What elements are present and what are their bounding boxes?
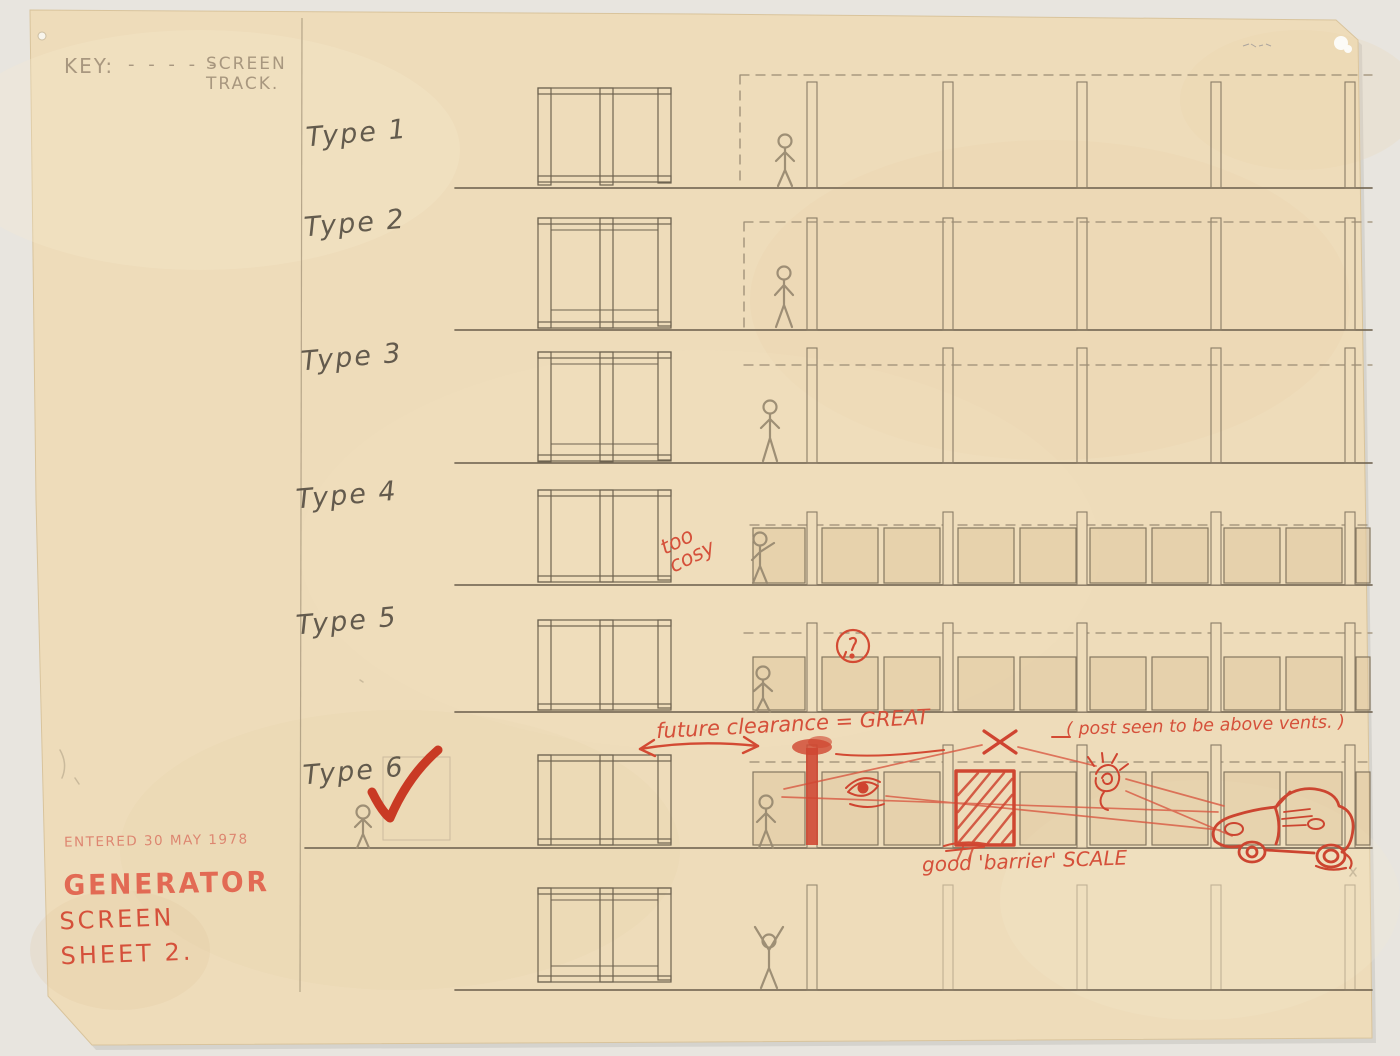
screen-panels <box>753 528 1370 583</box>
sheet-title: SCREEN SHEET 2. <box>59 900 194 974</box>
generator-stamp: GENERATOR <box>63 866 270 902</box>
key-label: KEY: <box>64 55 114 78</box>
scanned-sketch-sheet: KEY: - - - - - SCREEN TRACK. Type 1 Type… <box>0 0 1400 1056</box>
key-item-label: SCREEN TRACK. <box>206 55 287 94</box>
entered-date-stamp: ENTERED 30 MAY 1978 <box>64 832 249 851</box>
screen-panels <box>753 657 1370 710</box>
pin-hole-left <box>38 32 46 40</box>
